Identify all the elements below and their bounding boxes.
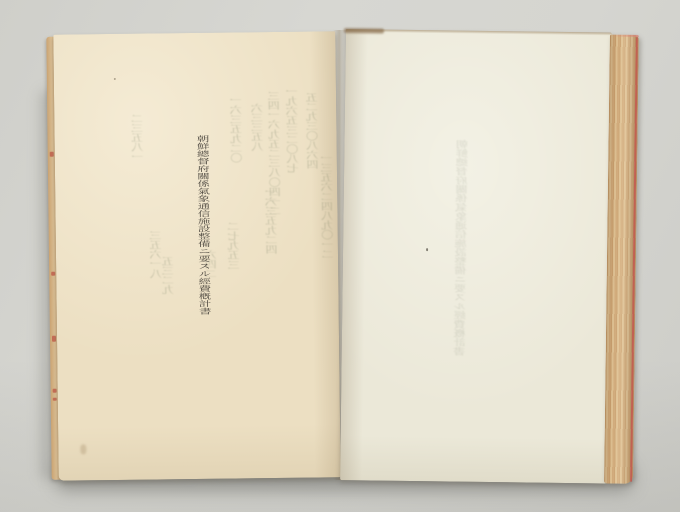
showthrough-column: 一九六五三二〇八七 — [286, 87, 299, 174]
showthrough-column: 二三五八一 — [131, 114, 144, 162]
book-right-half: 朝鮮總督府關係氣象通信施設整備ニ要スル經費槪計書 — [340, 28, 639, 484]
showthrough-column: 二七九五三 — [228, 221, 241, 269]
paper-speck — [114, 78, 116, 80]
spine-top-edge-smudge — [344, 28, 384, 34]
showthrough-column: 六三三五八 — [251, 103, 264, 151]
cover-edge-red-mark — [51, 272, 55, 276]
showthrough-column: 三四一六九五二三八〇四一二 — [268, 91, 282, 216]
fore-edge-page-stack — [604, 35, 639, 484]
right-page-showthrough: 朝鮮總督府關係氣象通信施設整備ニ要スル經費槪計書 — [454, 140, 469, 356]
left-page-showthrough: 二三五八一三五六一八五三二九六四二二七九五三一六三五九二〇六三三五八一六三五九二… — [53, 31, 335, 34]
paper-speck — [426, 248, 428, 251]
showthrough-column: 一六三五九二〇 — [230, 95, 243, 162]
cover-edge-red-mark — [50, 152, 54, 157]
cover-edge-red-mark — [52, 336, 56, 342]
showthrough-column: 一三五六二四八九〇一二 — [321, 153, 334, 259]
showthrough-column: 五二九三〇八六四 — [306, 92, 319, 169]
left-page: 二三五八一三五六一八五三二九六四二二七九五三一六三五九二〇六三三五八一六三五九二… — [53, 31, 340, 480]
cover-edge-red-mark — [53, 398, 57, 401]
paper-smudge — [80, 444, 86, 454]
cover-edge-red-mark — [53, 389, 57, 393]
book-photo-scene: 二三五八一三五六一八五三二九六四二二七九五三一六三五九二〇六三三五八一六三五九二… — [0, 0, 680, 512]
page-title-vertical: 朝鮮總督府關係氣象通信施設整備ニ要スル經費槪計書 — [196, 135, 211, 315]
right-page: 朝鮮總督府關係氣象通信施設整備ニ要スル經費槪計書 — [340, 29, 612, 483]
book-left-half: 二三五八一三五六一八五三二九六四二二七九五三一六三五九二〇六三三五八一六三五九二… — [46, 31, 340, 480]
showthrough-column: 五三二九 — [162, 256, 174, 295]
